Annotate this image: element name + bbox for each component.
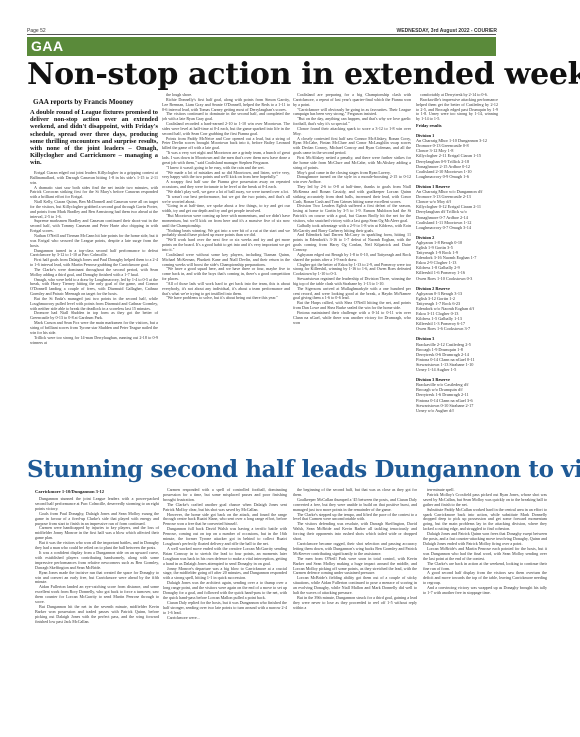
paragraph: Dungannon full back David Walsh was havi… (163, 527, 287, 547)
article2-column-1: Dungannon stunned the joint League leade… (35, 497, 159, 662)
paragraph: Errigal Ciaran edged out joint leaders K… (30, 171, 158, 186)
article-column-1: Errigal Ciaran edged out joint leaders K… (30, 171, 158, 455)
paragraph: Brackaville's impressive attacking perfo… (416, 98, 498, 121)
paragraph: "It was a very wet night and Moortown ar… (162, 151, 290, 166)
article2-subhead: Carrickmore 1-10/Dungannon 3-12 (35, 489, 104, 494)
byline: GAA reports by Francis Mooney (33, 98, 133, 106)
section-title: GAA (31, 38, 64, 54)
paragraph: Carrickmore were... (163, 616, 287, 621)
result-row: Loughmacrory 0-7 Omagh 3-14 (416, 225, 498, 230)
result-row: Urney 1-14 Augher 1-5 (416, 367, 498, 372)
article2-column-2: Carmen responded with a spell of control… (163, 488, 287, 662)
section-banner: GAA (27, 37, 496, 56)
paragraph: A dramatic start saw both sides find the… (30, 186, 158, 201)
results-list: Division 1An Charraig Mhor 1-10 Dunganno… (416, 133, 498, 413)
paragraph: Goals from Paul Donaghy, Dalaigh Jones a… (35, 512, 159, 527)
paragraph: Aidan Fullerton landed an eye-catching s… (35, 585, 159, 605)
paragraph: Division Two Leaders Eglish suffered a f… (293, 204, 411, 223)
result-row: Urney w/o Augher d/f (416, 408, 498, 413)
paragraph: And a convincing victory was wrapped up … (423, 586, 547, 596)
paragraph: Ryan Jones made the incisive run that cr… (35, 571, 159, 586)
paragraph: Coalisland were without some key players… (162, 253, 290, 268)
paragraph: The men from O'Neill Park were soon in t… (293, 557, 417, 577)
result-row: Owen Roes 1-10 Cookstown 0-3 (416, 276, 498, 281)
article2-column-3: the beginning of the second half, but th… (293, 488, 417, 662)
paragraph: Coalisland are preparing for a big Champ… (293, 93, 411, 108)
article-intro: A double round of League fixtures promis… (30, 109, 158, 167)
paragraph: Fintona maintained their challenge with … (293, 311, 411, 326)
paragraph: Coalisland recorded a hard-earned 2-10 t… (162, 122, 290, 137)
article-headline: Non-stop action in extended weekend of f… (27, 59, 496, 91)
result-row: Owen Roes 1-6 Cookstown 3-7 (416, 326, 498, 331)
paragraph: Niall Kelly, Ciaran Quinn, Ben McDonnell… (30, 200, 158, 219)
paragraph: Jonny Monroe's departure was a big blow … (163, 567, 287, 582)
paragraph: But in the 39th minute, Dungannon struck… (293, 596, 417, 611)
paragraph: It was a confident display from a Dungan… (35, 551, 159, 571)
paragraph: Clogher got the better of Eskra by 1-13 … (293, 263, 411, 278)
paragraph: However, the home side got back on the a… (163, 513, 287, 528)
paragraph: "We have problems to solve, but it's abo… (162, 296, 290, 301)
paragraph: Dungannon stunned the joint League leade… (35, 497, 159, 512)
paragraph: The visitors defending was resolute, wit… (293, 522, 417, 542)
paragraph: They led by 2-6 to 0-8 at half-time, tha… (293, 185, 411, 204)
article-column-4: comfortably at Derrytresk by 2-14 to 0-6… (416, 93, 498, 121)
paragraph: "We'll work hard over the next five or s… (162, 238, 290, 253)
paragraph: Supreme marksmen Bradley and Canavan con… (30, 219, 158, 234)
header-rule (27, 34, 496, 35)
paragraph: Substitute Paddy McCallan worked hard in… (423, 508, 547, 533)
article2-column-4: ten-minute spell.Patrick Molloy's Croxfi… (423, 488, 547, 662)
paragraph: Nathan O'Neill and Tiernan McCann hit la… (30, 234, 158, 249)
paragraph: A well worked move ended with the creati… (163, 547, 287, 567)
paragraph: The Sigersons arrived at Mullaghmarkyle … (293, 287, 411, 302)
paragraph: Lorcan McBride's fielding ability got th… (293, 576, 417, 596)
paragraph: But the St Enda's managed just two point… (30, 297, 158, 312)
paragraph: First McAliskey netted a penalty, and th… (293, 156, 411, 171)
paragraph: "All of those lads will work hard to get… (162, 282, 290, 297)
article2-headline: Stunning second half leads Dungannon to … (27, 457, 496, 483)
paragraph: Ciaran Daly replied for the hosts, but i… (163, 601, 287, 616)
paragraph: A good second half display from the visi… (423, 571, 547, 586)
paragraph: Dalaigh Jones was the architect again, s… (163, 581, 287, 601)
paragraph: Patrick Molloy's Croxfield pass picked o… (423, 493, 547, 508)
paragraph: Mark Carson and Sean Fox were the main m… (30, 321, 158, 336)
article-column-2: the lough shore.Richie Donnelly's first … (162, 93, 290, 455)
paragraph: Goalkeeper McCallan thumped a '45 betwee… (293, 498, 417, 513)
paragraph: Richie Donnelly's first half goal, along… (162, 98, 290, 113)
paragraph: And Edendork had Darren McCurry in spark… (293, 233, 411, 252)
paragraph: Carmen responded with a spell of control… (163, 488, 287, 503)
paragraph: Points from Paddy McNeice and Corr opene… (162, 137, 290, 152)
paragraph: Trillick were too strong for 14-man Derr… (30, 336, 158, 346)
paragraph: Carrickmore became ragged, their shot se… (293, 542, 417, 557)
paragraph: "But Moortown were coming up here with m… (162, 214, 290, 229)
paragraph: Lorcan McBride's and Martin Penrose each… (423, 547, 547, 562)
results-title: Friday results (416, 123, 498, 128)
paragraph: Omagh, who were held to a draw by Loughm… (30, 278, 158, 297)
result-row: Loughmacrory 0-9 Omagh 1-6 (416, 174, 498, 179)
paragraph: A closely contested first half saw Conno… (293, 137, 411, 156)
paragraph: "We have a good squad here, and we have … (162, 267, 290, 282)
paragraph: But Dungannon hit the net in the seventh… (35, 605, 159, 625)
results-panel: Friday results Division 1An Charraig Mho… (416, 123, 498, 413)
article-column-3: Coalisland are preparing for a big Champ… (293, 93, 411, 455)
paragraph: Dalaigh Jones and Patrick Quinn won free… (423, 532, 547, 547)
paragraph: Carmen were handicapped by injuries to k… (35, 526, 159, 541)
